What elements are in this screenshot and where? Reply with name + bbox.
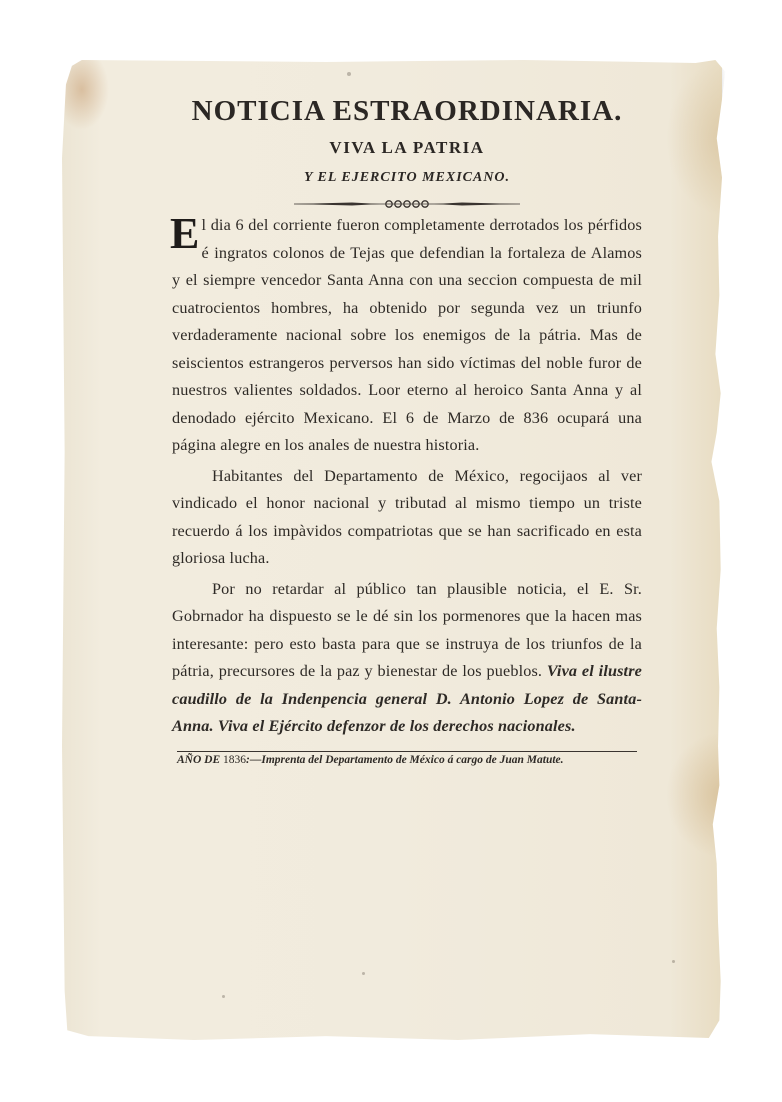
- decorative-rule-ornament-icon: [292, 198, 522, 210]
- document-title: NOTICIA ESTRAORDINARIA.: [172, 95, 642, 128]
- document-subtitle: VIVA LA PATRIA: [172, 138, 642, 158]
- document-subtitle-secondary: Y EL EJERCITO MEXICANO.: [172, 170, 642, 186]
- paragraph-1-text: l dia 6 del corriente fueron completamen…: [172, 216, 642, 454]
- footer-prefix: AÑO DE: [177, 754, 223, 766]
- imprint-footer: AÑO DE 1836:—Imprenta del Departamento d…: [177, 754, 642, 766]
- paragraph-3: Por no retardar al público tan plausible…: [172, 576, 642, 741]
- broadside-paper: NOTICIA ESTRAORDINARIA. VIVA LA PATRIA Y…: [62, 60, 722, 1040]
- document-content: NOTICIA ESTRAORDINARIA. VIVA LA PATRIA Y…: [172, 95, 642, 766]
- paper-speck: [672, 960, 675, 963]
- footer-year: 1836: [223, 754, 246, 766]
- paper-speck: [362, 972, 365, 975]
- footer-rule: [177, 751, 637, 752]
- drop-cap: E: [170, 216, 200, 252]
- photo-stage: NOTICIA ESTRAORDINARIA. VIVA LA PATRIA Y…: [0, 0, 782, 1102]
- paper-speck: [222, 995, 225, 998]
- paragraph-1: El dia 6 del corriente fueron completame…: [172, 212, 642, 460]
- footer-imprint-text: :—Imprenta del Departamento de México á …: [246, 754, 564, 766]
- paragraph-2: Habitantes del Departamento de México, r…: [172, 463, 642, 573]
- paper-speck: [347, 72, 351, 76]
